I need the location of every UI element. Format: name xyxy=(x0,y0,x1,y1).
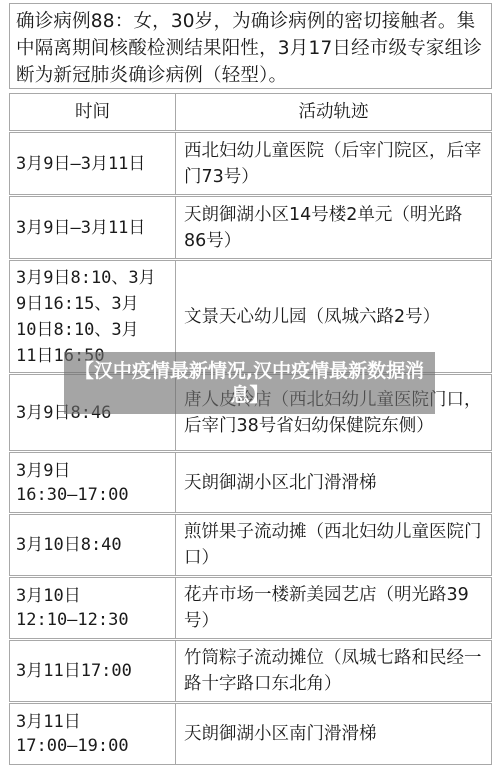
title-overlay-banner: 【汉中疫情最新情况,汉中疫情最新数据消息】 xyxy=(64,352,435,414)
row-time: 3月9日–3月11日 xyxy=(10,197,176,258)
table-row: 3月11日 17:00–19:00 天朗御湖小区南门滑滑梯 xyxy=(9,703,492,765)
row-time: 3月9日 16:30–17:00 xyxy=(10,453,176,512)
row-activity: 天朗御湖小区北门滑滑梯 xyxy=(176,453,491,512)
table-row: 3月9日–3月11日 西北妇幼儿童医院（后宰门院区，后宰门73号） xyxy=(9,132,492,195)
row-activity: 西北妇幼儿童医院（后宰门院区，后宰门73号） xyxy=(176,133,491,194)
row-activity: 天朗御湖小区南门滑滑梯 xyxy=(176,704,491,764)
table-header: 时间 活动轨迹 xyxy=(9,93,492,131)
row-activity: 竹筒粽子流动摊位（凤城七路和民经一路十字路口东北角） xyxy=(176,641,491,701)
case-description: 确诊病例88：女，30岁，为确诊病例的密切接触者。集中隔离期间核酸检测结果阳性，… xyxy=(9,3,492,89)
row-time: 3月11日17:00 xyxy=(10,641,176,701)
table-row: 3月9日–3月11日 天朗御湖小区14号楼2单元（明光路86号） xyxy=(9,196,492,259)
header-time: 时间 xyxy=(10,94,176,130)
header-activity: 活动轨迹 xyxy=(176,94,491,130)
table-row: 3月11日17:00 竹筒粽子流动摊位（凤城七路和民经一路十字路口东北角） xyxy=(9,640,492,702)
table-row: 3月9日 16:30–17:00 天朗御湖小区北门滑滑梯 xyxy=(9,452,492,513)
case-description-text: 确诊病例88：女，30岁，为确诊病例的密切接触者。集中隔离期间核酸检测结果阳性，… xyxy=(16,11,482,86)
row-activity: 天朗御湖小区14号楼2单元（明光路86号） xyxy=(176,197,491,258)
row-time: 3月11日 17:00–19:00 xyxy=(10,704,176,764)
overlay-caption: 【汉中疫情最新情况,汉中疫情最新数据消息】 xyxy=(72,359,427,407)
table-row: 3月10日 12:10–12:30 花卉市场一楼新美园艺店（明光路39号） xyxy=(9,577,492,639)
row-time: 3月10日8:40 xyxy=(10,515,176,575)
row-activity: 煎饼果子流动摊（西北妇幼儿童医院门口） xyxy=(176,515,491,575)
row-time: 3月9日–3月11日 xyxy=(10,133,176,194)
table-row: 3月10日8:40 煎饼果子流动摊（西北妇幼儿童医院门口） xyxy=(9,514,492,576)
row-time: 3月10日 12:10–12:30 xyxy=(10,578,176,638)
row-activity: 花卉市场一楼新美园艺店（明光路39号） xyxy=(176,578,491,638)
